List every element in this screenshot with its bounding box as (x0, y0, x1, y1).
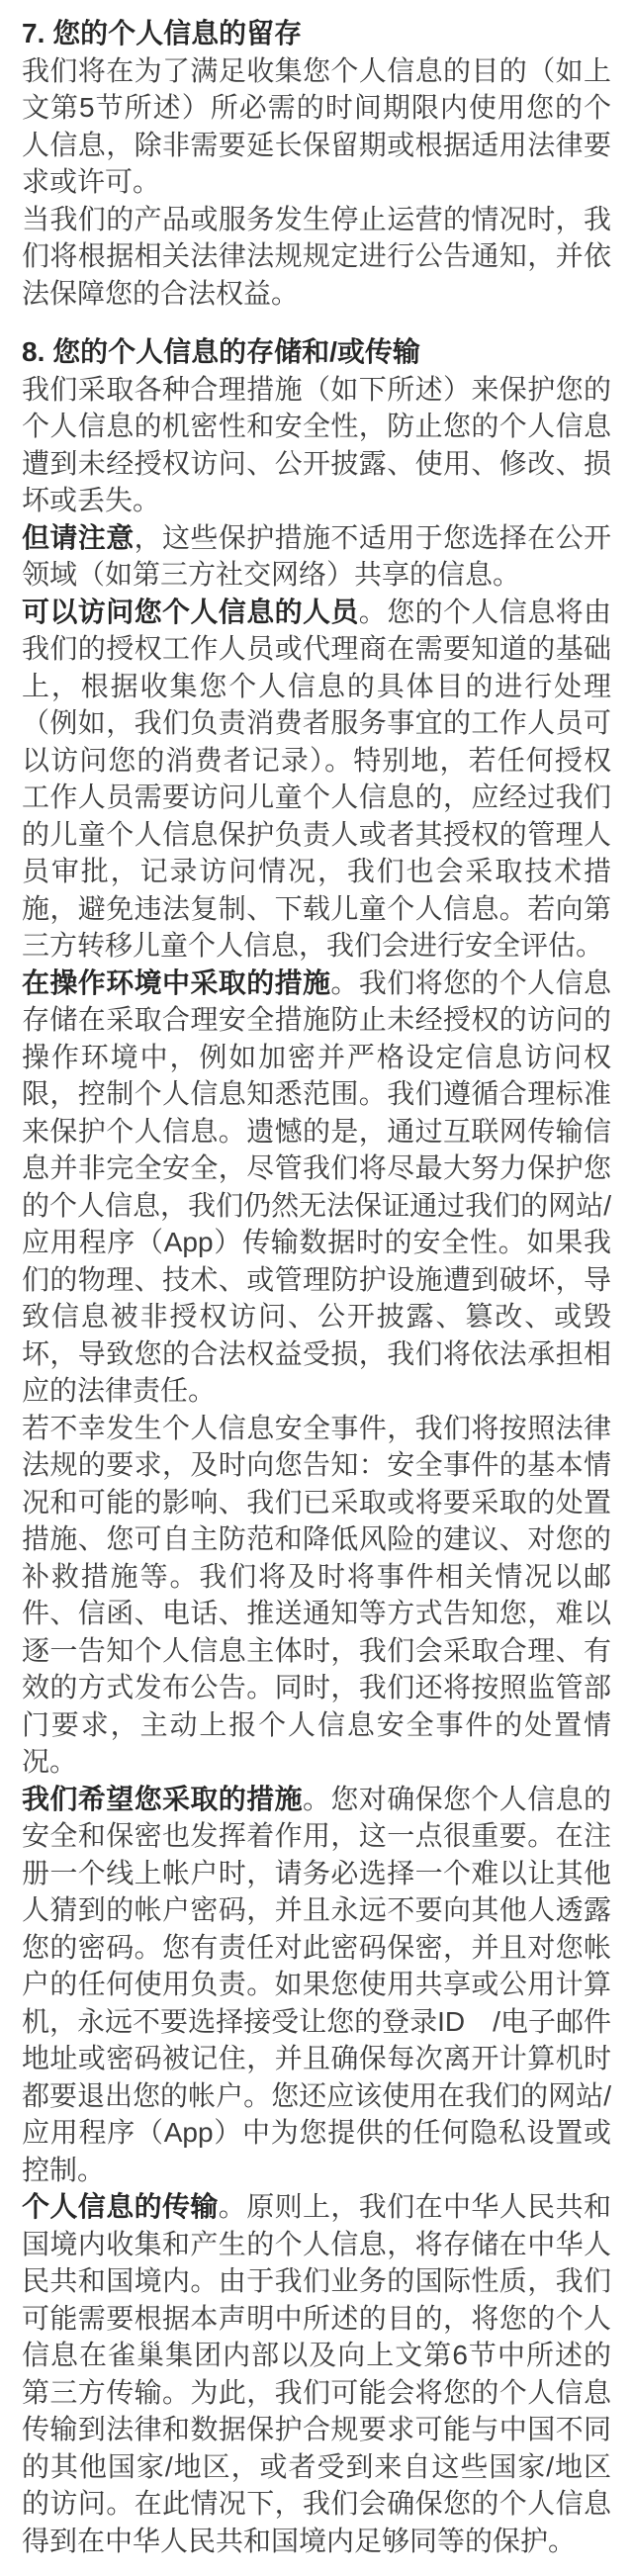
personnel-access-paragraph: 可以访问您个人信息的人员。您的个人信息将由我们的授权工作人员或代理商在需要知道的… (22, 594, 611, 965)
security-incident-paragraph: 若不幸发生个人信息安全事件，我们将按照法律法规的要求，及时向您告知：安全事件的基… (22, 1410, 611, 1781)
personnel-access-lead: 可以访问您个人信息的人员 (22, 597, 359, 627)
public-sharing-note-paragraph: 但请注意，这些保护措施不适用于您选择在公开领域（如第三方社交网络）共享的信息。 (22, 519, 611, 594)
user-measures-lead: 我们希望您采取的措施 (22, 1784, 303, 1814)
data-transfer-text: 。原则上，我们在中华人民共和国境内收集和产生的个人信息，将存储在中华人民共和国境… (22, 2191, 611, 2556)
section-storage-heading: 8. 您的个人信息的存储和/或传输 (22, 333, 611, 371)
data-transfer-lead: 个人信息的传输 (22, 2191, 219, 2222)
personnel-access-text: 。您的个人信息将由我们的授权工作人员或代理商在需要知道的基础上，根据收集您个人信… (22, 597, 611, 962)
operating-environment-text: 。我们将您的个人信息存储在采取合理安全措施防止未经授权的访问的操作环境中，例如加… (22, 967, 611, 1407)
user-measures-paragraph: 我们希望您采取的措施。您对确保您个人信息的安全和保密也发挥着作用，这一点很重要。… (22, 1781, 611, 2189)
protection-measures-paragraph: 我们采取各种合理措施（如下所述）来保护您的个人信息的机密性和安全性，防止您的个人… (22, 371, 611, 519)
service-termination-paragraph: 当我们的产品或服务发生停止运营的情况时，我们将根据相关法律法规规定进行公告通知，… (22, 201, 611, 313)
privacy-policy-document: 7. 您的个人信息的留存 我们将在为了满足收集您个人信息的目的（如上文第5节所述… (0, 0, 633, 2576)
retention-usage-paragraph: 我们将在为了满足收集您个人信息的目的（如上文第5节所述）所必需的时间期限内使用您… (22, 52, 611, 201)
public-sharing-note-lead: 但请注意 (22, 522, 135, 553)
user-measures-text: 。您对确保您个人信息的安全和保密也发挥着作用，这一点很重要。在注册一个线上帐户时… (22, 1784, 611, 2185)
section-retention-heading: 7. 您的个人信息的留存 (22, 15, 611, 52)
operating-environment-lead: 在操作环境中采取的措施 (22, 967, 330, 998)
data-transfer-paragraph: 个人信息的传输。原则上，我们在中华人民共和国境内收集和产生的个人信息，将存储在中… (22, 2188, 611, 2559)
operating-environment-paragraph: 在操作环境中采取的措施。我们将您的个人信息存储在采取合理安全措施防止未经授权的访… (22, 965, 611, 1410)
